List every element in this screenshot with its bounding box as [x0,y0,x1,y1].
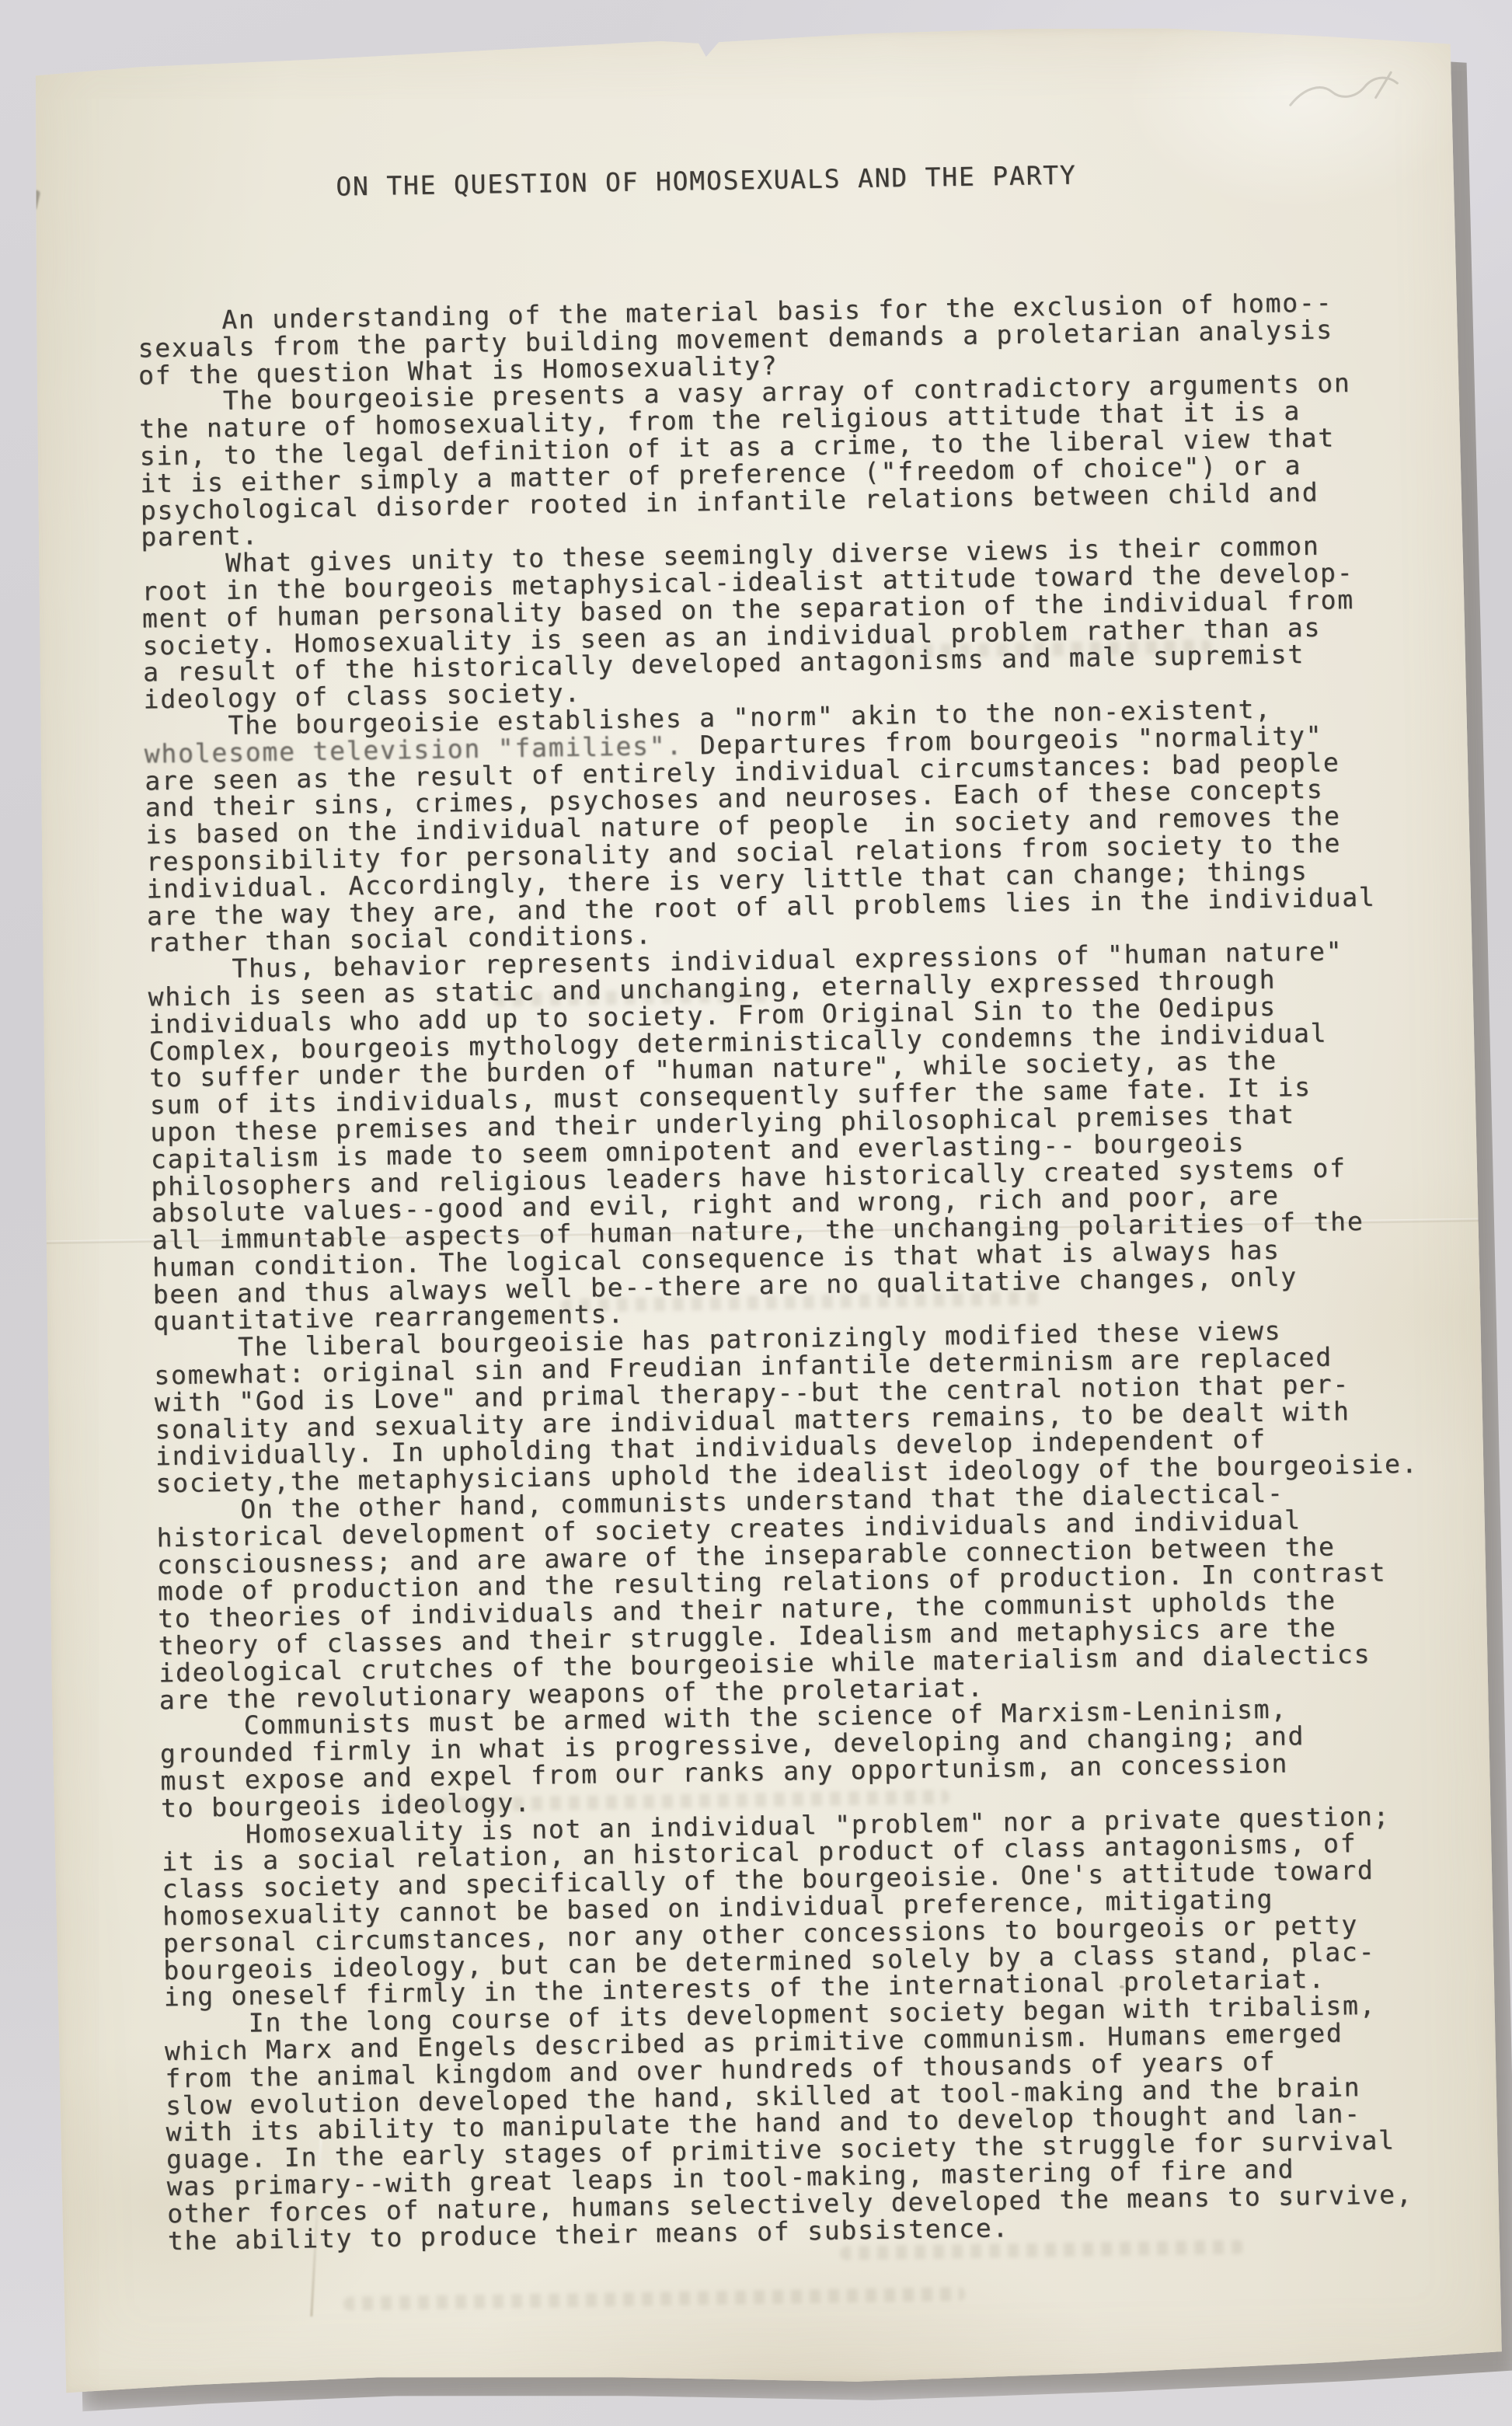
page-title: ON THE QUESTION OF HOMOSEXUALS AND THE P… [336,160,1077,202]
typewritten-text: An understanding of the material basis f… [138,288,1430,2255]
text-paragraph: Thus, behavior represents individual exp… [148,937,1416,1336]
text-paragraph: In the long course of its development so… [164,1992,1430,2255]
text-paragraph: What gives unity to these seemingly dive… [141,532,1406,713]
pencil-mark [1284,63,1409,127]
bleed-through-smudge [343,2287,965,2311]
text-paragraph: Homosexuality is not an individual "prob… [161,1802,1427,2011]
text-paragraph: The liberal bourgeoisie has patronizingl… [153,1316,1418,1497]
paper-speck [30,190,41,211]
photo-background: ON THE QUESTION OF HOMOSEXUALS AND THE P… [0,0,1512,2426]
paper-sheet: ON THE QUESTION OF HOMOSEXUALS AND THE P… [24,22,1507,2396]
text-paragraph: The bourgeoisie presents a vasy array of… [138,369,1403,551]
text-paragraph: On the other hand, communists understand… [156,1478,1422,1714]
text-paragraph: The bourgeoisie establishes a "norm" aki… [144,694,1410,957]
